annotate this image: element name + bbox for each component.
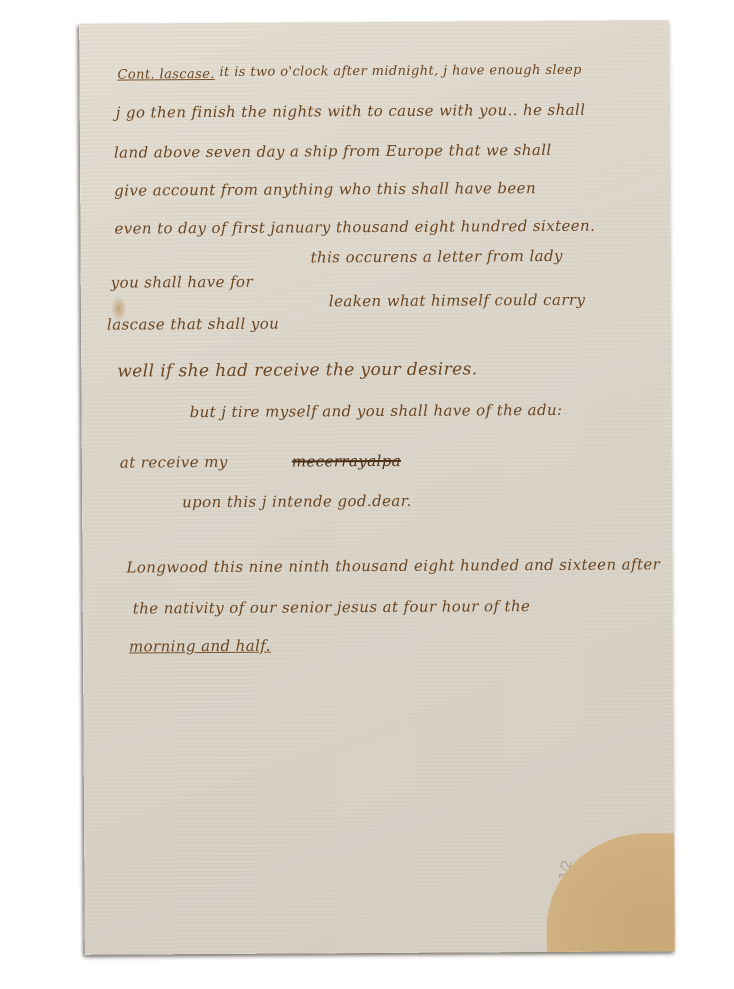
letter-heading: Cont. lascase. bbox=[117, 67, 214, 83]
letter-line-11: but j tire myself and you shall have of … bbox=[189, 401, 562, 421]
letter-line-10: well if she had receive the your desires… bbox=[117, 359, 477, 381]
letter-line-15: the nativity of our senior jesus at four… bbox=[133, 597, 531, 617]
letter-line-6: this occurens a letter from lady bbox=[311, 247, 563, 267]
letter-line-14: Longwood this nine ninth thousand eight … bbox=[126, 555, 660, 576]
letter-line-8: leaken what himself could carry bbox=[329, 291, 586, 311]
letter-line-7: you shall have for bbox=[111, 273, 253, 292]
letter-paper: Cont. lascase. it is two o'clock after m… bbox=[79, 20, 675, 955]
struck-out-word: mecerrayalpa bbox=[292, 452, 401, 471]
letter-line-13: upon this j intende god.dear. bbox=[182, 492, 412, 511]
letter-line-3: land above seven day a ship from Europe … bbox=[114, 141, 552, 162]
letter-line-9: lascase that shall you bbox=[107, 315, 279, 334]
letter-line-2: j go then finish the nights with to caus… bbox=[116, 101, 586, 122]
letter-line-12: at receive my bbox=[120, 453, 228, 472]
letter-line-16: morning and half. bbox=[129, 637, 271, 656]
letter-line-5: even to day of first january thousand ei… bbox=[114, 217, 595, 238]
letter-line-1: it is two o'clock after midnight, j have… bbox=[219, 63, 581, 80]
letter-line-4: give account from anything who this shal… bbox=[114, 179, 536, 200]
